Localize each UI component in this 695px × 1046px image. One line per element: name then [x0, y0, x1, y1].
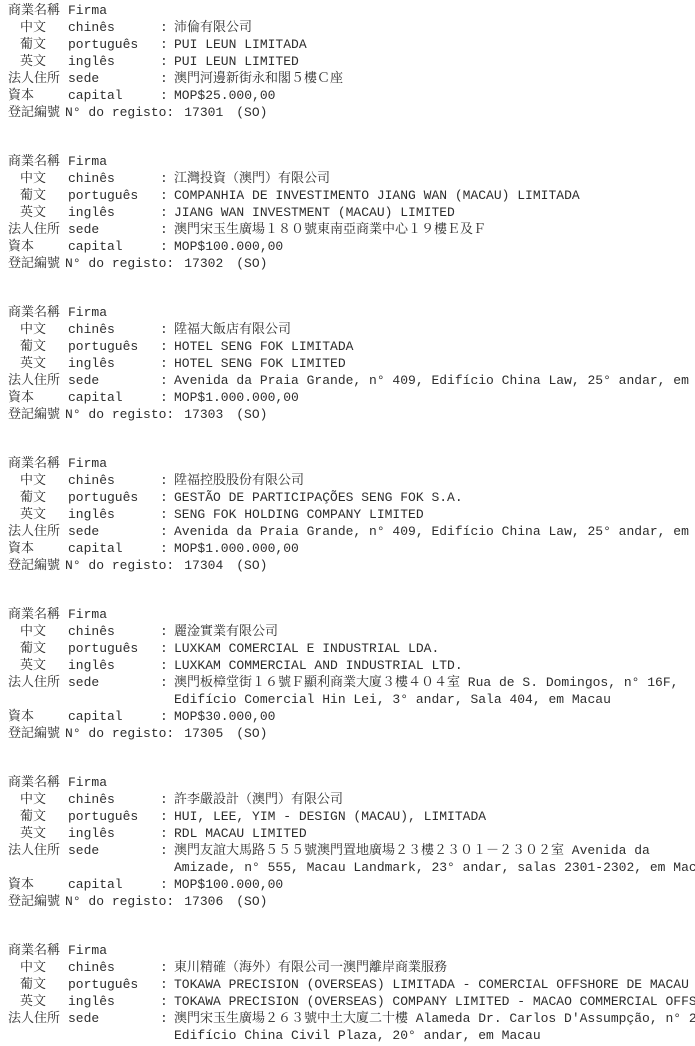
- business-name-label-cn: 商業名稱: [8, 304, 68, 321]
- registration-label-pt: N° do registo:: [65, 255, 174, 272]
- english-name-row: 英文 inglês : PUI LEUN LIMITED: [8, 53, 695, 70]
- registration-label-pt: N° do registo:: [65, 557, 174, 574]
- portuguese-name-value: HOTEL SENG FOK LIMITADA: [174, 338, 353, 355]
- english-label-cn: 英文: [8, 506, 68, 523]
- business-name-label-cn: 商業名稱: [8, 153, 68, 170]
- separator-colon: :: [160, 657, 174, 674]
- english-name-value: TOKAWA PRECISION (OVERSEAS) COMPANY LIMI…: [174, 993, 695, 1010]
- english-name-value: SENG FOK HOLDING COMPANY LIMITED: [174, 506, 424, 523]
- capital-label-cn: 資本: [8, 87, 68, 104]
- separator-colon: :: [160, 876, 174, 893]
- english-label-pt: inglês: [68, 825, 160, 842]
- separator-colon: :: [160, 19, 174, 36]
- english-name-row: 英文 inglês : SENG FOK HOLDING COMPANY LIM…: [8, 506, 695, 523]
- separator-colon: :: [160, 355, 174, 372]
- registered-office-label-pt: sede: [68, 1010, 160, 1027]
- capital-value: MOP$30.000,00: [174, 708, 275, 725]
- chinese-name-value: 許李嚴設計（澳門）有限公司: [174, 791, 343, 808]
- capital-label-cn: 資本: [8, 238, 68, 255]
- capital-label-pt: capital: [68, 389, 160, 406]
- registered-office-label-cn: 法人住所: [8, 842, 68, 859]
- portuguese-label-cn: 葡文: [8, 640, 68, 657]
- separator-colon: :: [160, 825, 174, 842]
- registration-number-value: 17306: [184, 893, 223, 910]
- portuguese-label-cn: 葡文: [8, 489, 68, 506]
- separator-colon: :: [160, 523, 174, 540]
- separator-colon: :: [160, 976, 174, 993]
- capital-label-pt: capital: [68, 540, 160, 557]
- chinese-name-row: 中文 chinês : 沛倫有限公司: [8, 19, 695, 36]
- registered-office-label-pt: sede: [68, 523, 160, 540]
- portuguese-label-cn: 葡文: [8, 187, 68, 204]
- english-name-value: JIANG WAN INVESTMENT (MACAU) LIMITED: [174, 204, 455, 221]
- separator-colon: :: [160, 321, 174, 338]
- separator-colon: :: [160, 53, 174, 70]
- chinese-name-value: 陞福大飯店有限公司: [174, 321, 291, 338]
- chinese-label-cn: 中文: [8, 472, 68, 489]
- english-name-value: PUI LEUN LIMITED: [174, 53, 299, 70]
- registered-office-label-cn: 法人住所: [8, 1010, 68, 1027]
- registration-number-value: 17302: [184, 255, 223, 272]
- english-label-pt: inglês: [68, 355, 160, 372]
- capital-row: 資本 capital : MOP$1.000.000,00: [8, 540, 695, 557]
- chinese-name-value: 江灣投資（澳門）有限公司: [174, 170, 330, 187]
- separator-colon: :: [160, 1010, 174, 1027]
- english-label-cn: 英文: [8, 993, 68, 1010]
- portuguese-label-cn: 葡文: [8, 976, 68, 993]
- english-label-cn: 英文: [8, 204, 68, 221]
- capital-value: MOP$25.000,00: [174, 87, 275, 104]
- english-label-pt: inglês: [68, 657, 160, 674]
- portuguese-label-pt: português: [68, 640, 160, 657]
- chinese-name-row: 中文 chinês : 陞福大飯店有限公司: [8, 321, 695, 338]
- english-label-cn: 英文: [8, 355, 68, 372]
- registration-number-row: 登記編號 N° do registo: 17301 (SO): [8, 104, 695, 121]
- separator-colon: :: [160, 87, 174, 104]
- registered-office-value: 澳門河邊新街永和閣５樓Ｃ座: [174, 70, 343, 87]
- registration-number-row: 登記編號 N° do registo: 17302 (SO): [8, 255, 695, 272]
- registration-number-value: 17304: [184, 557, 223, 574]
- separator-colon: :: [160, 791, 174, 808]
- chinese-name-row: 中文 chinês : 許李嚴設計（澳門）有限公司: [8, 791, 695, 808]
- portuguese-label-pt: português: [68, 36, 160, 53]
- business-name-label-pt: Firma: [68, 153, 160, 170]
- business-name-label-cn: 商業名稱: [8, 774, 68, 791]
- registration-suffix: (SO): [236, 557, 267, 574]
- portuguese-name-row: 葡文 português : HOTEL SENG FOK LIMITADA: [8, 338, 695, 355]
- chinese-label-cn: 中文: [8, 959, 68, 976]
- english-name-row: 英文 inglês : JIANG WAN INVESTMENT (MACAU)…: [8, 204, 695, 221]
- registered-office-label-pt: sede: [68, 70, 160, 87]
- registration-label-pt: N° do registo:: [65, 893, 174, 910]
- registration-suffix: (SO): [236, 893, 267, 910]
- capital-value: MOP$100.000,00: [174, 238, 283, 255]
- capital-label-pt: capital: [68, 708, 160, 725]
- business-name-label-pt: Firma: [68, 774, 160, 791]
- english-name-value: LUXKAM COMMERCIAL AND INDUSTRIAL LTD.: [174, 657, 463, 674]
- separator-colon: :: [160, 70, 174, 87]
- portuguese-label-pt: português: [68, 489, 160, 506]
- portuguese-label-pt: português: [68, 976, 160, 993]
- capital-row: 資本 capital : MOP$1.000.000,00: [8, 389, 695, 406]
- registered-office-row: 法人住所 sede : Avenida da Praia Grande, n° …: [8, 523, 695, 540]
- portuguese-name-value: TOKAWA PRECISION (OVERSEAS) LIMITADA - C…: [174, 976, 689, 993]
- business-name-header-row: 商業名稱 Firma: [8, 606, 695, 623]
- registry-page: 商業名稱 Firma 中文 chinês : 沛倫有限公司 葡文 portugu…: [0, 0, 695, 1044]
- capital-row: 資本 capital : MOP$30.000,00: [8, 708, 695, 725]
- registration-suffix: (SO): [236, 406, 267, 423]
- english-label-cn: 英文: [8, 825, 68, 842]
- portuguese-name-row: 葡文 português : LUXKAM COMERCIAL E INDUST…: [8, 640, 695, 657]
- capital-label-cn: 資本: [8, 708, 68, 725]
- registration-number-value: 17305: [184, 725, 223, 742]
- separator-colon: :: [160, 808, 174, 825]
- business-name-header-row: 商業名稱 Firma: [8, 304, 695, 321]
- separator-colon: :: [160, 204, 174, 221]
- separator-colon: :: [160, 389, 174, 406]
- business-name-header-row: 商業名稱 Firma: [8, 942, 695, 959]
- registered-office-row: 法人住所 sede : 澳門宋玉生廣場２６３號中土大廈二十樓 Alameda D…: [8, 1010, 695, 1044]
- business-name-header-row: 商業名稱 Firma: [8, 2, 695, 19]
- registered-office-value: 澳門宋玉生廣場２６３號中土大廈二十樓 Alameda Dr. Carlos D'…: [174, 1010, 695, 1044]
- english-name-value: RDL MACAU LIMITED: [174, 825, 307, 842]
- portuguese-name-row: 葡文 português : HUI, LEE, YIM - DESIGN (M…: [8, 808, 695, 825]
- registration-suffix: (SO): [236, 725, 267, 742]
- registration-label-cn: 登記編號: [8, 104, 60, 121]
- portuguese-label-pt: português: [68, 338, 160, 355]
- registered-office-value: Avenida da Praia Grande, n° 409, Edifíci…: [174, 523, 695, 540]
- registered-office-label-pt: sede: [68, 372, 160, 389]
- portuguese-name-row: 葡文 português : COMPANHIA DE INVESTIMENTO…: [8, 187, 695, 204]
- chinese-label-pt: chinês: [68, 959, 160, 976]
- portuguese-label-cn: 葡文: [8, 36, 68, 53]
- english-name-row: 英文 inglês : RDL MACAU LIMITED: [8, 825, 695, 842]
- english-label-cn: 英文: [8, 53, 68, 70]
- separator-colon: :: [160, 708, 174, 725]
- registration-label-cn: 登記編號: [8, 255, 60, 272]
- registration-number-row: 登記編號 N° do registo: 17306 (SO): [8, 893, 695, 910]
- chinese-name-row: 中文 chinês : 陞福控股股份有限公司: [8, 472, 695, 489]
- capital-label-pt: capital: [68, 87, 160, 104]
- chinese-label-pt: chinês: [68, 472, 160, 489]
- registered-office-label-pt: sede: [68, 221, 160, 238]
- chinese-label-cn: 中文: [8, 791, 68, 808]
- registered-office-value: Avenida da Praia Grande, n° 409, Edifíci…: [174, 372, 695, 389]
- separator-colon: :: [160, 36, 174, 53]
- separator-colon: :: [160, 372, 174, 389]
- chinese-label-cn: 中文: [8, 170, 68, 187]
- registered-office-value: 澳門宋玉生廣場１８０號東南亞商業中心１９樓Ｅ及Ｆ: [174, 221, 486, 238]
- registry-entry: 商業名稱 Firma 中文 chinês : 陞福控股股份有限公司 葡文 por…: [8, 455, 695, 574]
- business-name-label-cn: 商業名稱: [8, 2, 68, 19]
- registration-label-cn: 登記編號: [8, 406, 60, 423]
- chinese-name-row: 中文 chinês : 麗淦實業有限公司: [8, 623, 695, 640]
- business-name-label-pt: Firma: [68, 455, 160, 472]
- chinese-name-value: 東川精確（海外）有限公司一澳門離岸商業服務: [174, 959, 447, 976]
- capital-label-cn: 資本: [8, 540, 68, 557]
- capital-row: 資本 capital : MOP$100.000,00: [8, 876, 695, 893]
- chinese-label-cn: 中文: [8, 321, 68, 338]
- chinese-label-pt: chinês: [68, 791, 160, 808]
- separator-colon: :: [160, 238, 174, 255]
- separator-colon: :: [160, 170, 174, 187]
- portuguese-label-pt: português: [68, 808, 160, 825]
- business-name-label-cn: 商業名稱: [8, 606, 68, 623]
- separator-colon: :: [160, 842, 174, 859]
- business-name-header-row: 商業名稱 Firma: [8, 153, 695, 170]
- separator-colon: :: [160, 540, 174, 557]
- registration-suffix: (SO): [236, 255, 267, 272]
- portuguese-name-value: PUI LEUN LIMITADA: [174, 36, 307, 53]
- chinese-label-pt: chinês: [68, 321, 160, 338]
- registration-number-row: 登記編號 N° do registo: 17304 (SO): [8, 557, 695, 574]
- capital-value: MOP$1.000.000,00: [174, 389, 299, 406]
- separator-colon: :: [160, 221, 174, 238]
- separator-colon: :: [160, 187, 174, 204]
- registry-entry: 商業名稱 Firma 中文 chinês : 江灣投資（澳門）有限公司 葡文 p…: [8, 153, 695, 272]
- registered-office-value: 澳門友誼大馬路５５５號澳門置地廣場２３樓２３０１－２３０２室 Avenida d…: [174, 842, 695, 876]
- capital-label-pt: capital: [68, 876, 160, 893]
- registration-label-cn: 登記編號: [8, 725, 60, 742]
- separator-colon: :: [160, 623, 174, 640]
- registration-label-cn: 登記編號: [8, 893, 60, 910]
- english-name-row: 英文 inglês : HOTEL SENG FOK LIMITED: [8, 355, 695, 372]
- registered-office-label-cn: 法人住所: [8, 70, 68, 87]
- registered-office-row: 法人住所 sede : 澳門板樟堂街１６號Ｆ顯利商業大廈３樓４０４室 Rua d…: [8, 674, 695, 708]
- portuguese-name-row: 葡文 português : PUI LEUN LIMITADA: [8, 36, 695, 53]
- english-name-row: 英文 inglês : LUXKAM COMMERCIAL AND INDUST…: [8, 657, 695, 674]
- portuguese-name-row: 葡文 português : GESTÃO DE PARTICIPAÇÕES S…: [8, 489, 695, 506]
- registered-office-row: 法人住所 sede : 澳門河邊新街永和閣５樓Ｃ座: [8, 70, 695, 87]
- portuguese-name-row: 葡文 português : TOKAWA PRECISION (OVERSEA…: [8, 976, 695, 993]
- registered-office-value: 澳門板樟堂街１６號Ｆ顯利商業大廈３樓４０４室 Rua de S. Domingo…: [174, 674, 678, 708]
- business-name-header-row: 商業名稱 Firma: [8, 774, 695, 791]
- chinese-name-value: 沛倫有限公司: [174, 19, 252, 36]
- capital-value: MOP$1.000.000,00: [174, 540, 299, 557]
- business-name-label-cn: 商業名稱: [8, 455, 68, 472]
- separator-colon: :: [160, 993, 174, 1010]
- registered-office-row: 法人住所 sede : 澳門友誼大馬路５５５號澳門置地廣場２３樓２３０１－２３０…: [8, 842, 695, 876]
- portuguese-label-cn: 葡文: [8, 808, 68, 825]
- registration-suffix: (SO): [236, 104, 267, 121]
- chinese-label-pt: chinês: [68, 19, 160, 36]
- business-name-label-pt: Firma: [68, 304, 160, 321]
- chinese-name-value: 麗淦實業有限公司: [174, 623, 278, 640]
- registered-office-label-pt: sede: [68, 674, 160, 691]
- portuguese-name-value: COMPANHIA DE INVESTIMENTO JIANG WAN (MAC…: [174, 187, 580, 204]
- separator-colon: :: [160, 338, 174, 355]
- registration-number-value: 17303: [184, 406, 223, 423]
- registered-office-label-cn: 法人住所: [8, 221, 68, 238]
- chinese-label-pt: chinês: [68, 623, 160, 640]
- business-name-label-pt: Firma: [68, 606, 160, 623]
- portuguese-name-value: GESTÃO DE PARTICIPAÇÕES SENG FOK S.A.: [174, 489, 463, 506]
- portuguese-label-cn: 葡文: [8, 338, 68, 355]
- business-name-label-pt: Firma: [68, 2, 160, 19]
- business-name-label-cn: 商業名稱: [8, 942, 68, 959]
- capital-label-cn: 資本: [8, 389, 68, 406]
- capital-row: 資本 capital : MOP$25.000,00: [8, 87, 695, 104]
- registration-label-pt: N° do registo:: [65, 104, 174, 121]
- separator-colon: :: [160, 674, 174, 691]
- registration-label-pt: N° do registo:: [65, 406, 174, 423]
- registered-office-label-cn: 法人住所: [8, 674, 68, 691]
- english-label-pt: inglês: [68, 204, 160, 221]
- registry-entry: 商業名稱 Firma 中文 chinês : 陞福大飯店有限公司 葡文 port…: [8, 304, 695, 423]
- business-name-header-row: 商業名稱 Firma: [8, 455, 695, 472]
- portuguese-label-pt: português: [68, 187, 160, 204]
- english-label-pt: inglês: [68, 993, 160, 1010]
- separator-colon: :: [160, 640, 174, 657]
- separator-colon: :: [160, 506, 174, 523]
- registered-office-row: 法人住所 sede : Avenida da Praia Grande, n° …: [8, 372, 695, 389]
- registration-label-cn: 登記編號: [8, 557, 60, 574]
- chinese-label-cn: 中文: [8, 623, 68, 640]
- capital-label-pt: capital: [68, 238, 160, 255]
- separator-colon: :: [160, 489, 174, 506]
- registered-office-label-cn: 法人住所: [8, 372, 68, 389]
- capital-label-cn: 資本: [8, 876, 68, 893]
- chinese-label-pt: chinês: [68, 170, 160, 187]
- registered-office-label-cn: 法人住所: [8, 523, 68, 540]
- registration-number-row: 登記編號 N° do registo: 17305 (SO): [8, 725, 695, 742]
- portuguese-name-value: LUXKAM COMERCIAL E INDUSTRIAL LDA.: [174, 640, 439, 657]
- chinese-name-row: 中文 chinês : 東川精確（海外）有限公司一澳門離岸商業服務: [8, 959, 695, 976]
- chinese-name-row: 中文 chinês : 江灣投資（澳門）有限公司: [8, 170, 695, 187]
- english-name-value: HOTEL SENG FOK LIMITED: [174, 355, 346, 372]
- capital-value: MOP$100.000,00: [174, 876, 283, 893]
- chinese-name-value: 陞福控股股份有限公司: [174, 472, 304, 489]
- capital-row: 資本 capital : MOP$100.000,00: [8, 238, 695, 255]
- english-label-pt: inglês: [68, 506, 160, 523]
- registered-office-row: 法人住所 sede : 澳門宋玉生廣場１８０號東南亞商業中心１９樓Ｅ及Ｆ: [8, 221, 695, 238]
- registry-entry: 商業名稱 Firma 中文 chinês : 沛倫有限公司 葡文 portugu…: [8, 2, 695, 121]
- business-name-label-pt: Firma: [68, 942, 160, 959]
- registry-entry: 商業名稱 Firma 中文 chinês : 東川精確（海外）有限公司一澳門離岸…: [8, 942, 695, 1044]
- english-label-pt: inglês: [68, 53, 160, 70]
- registered-office-label-pt: sede: [68, 842, 160, 859]
- registration-number-value: 17301: [184, 104, 223, 121]
- separator-colon: :: [160, 959, 174, 976]
- registration-label-pt: N° do registo:: [65, 725, 174, 742]
- separator-colon: :: [160, 472, 174, 489]
- english-name-row: 英文 inglês : TOKAWA PRECISION (OVERSEAS) …: [8, 993, 695, 1010]
- portuguese-name-value: HUI, LEE, YIM - DESIGN (MACAU), LIMITADA: [174, 808, 486, 825]
- english-label-cn: 英文: [8, 657, 68, 674]
- chinese-label-cn: 中文: [8, 19, 68, 36]
- registry-entry: 商業名稱 Firma 中文 chinês : 許李嚴設計（澳門）有限公司 葡文 …: [8, 774, 695, 910]
- registration-number-row: 登記編號 N° do registo: 17303 (SO): [8, 406, 695, 423]
- registry-entry: 商業名稱 Firma 中文 chinês : 麗淦實業有限公司 葡文 portu…: [8, 606, 695, 742]
